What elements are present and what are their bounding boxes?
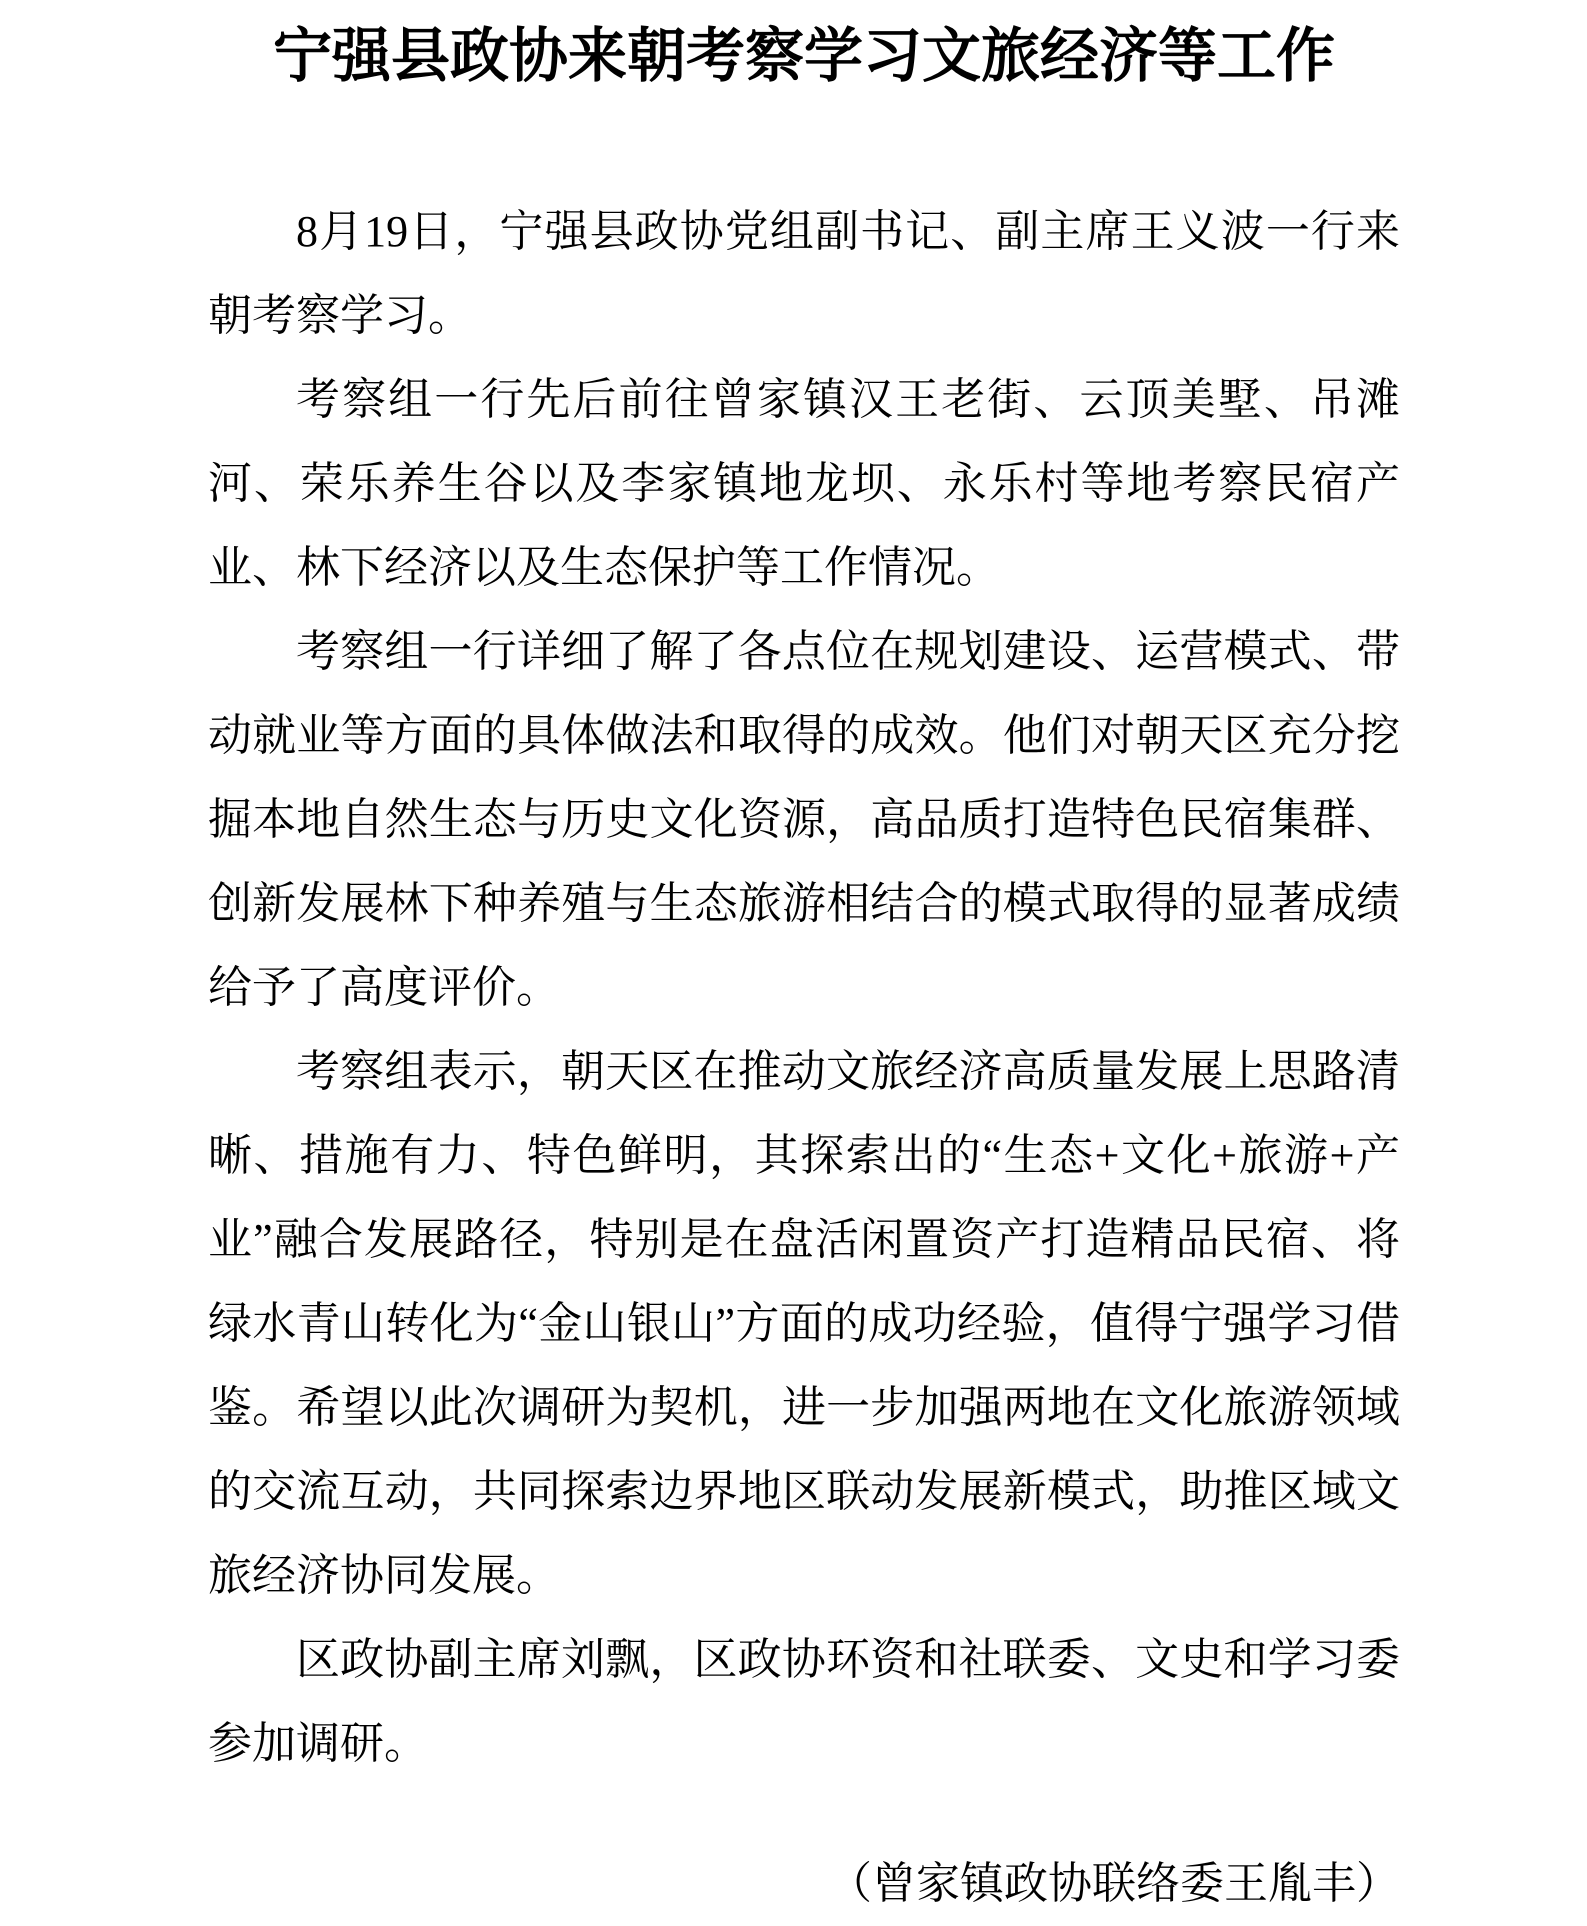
paragraph-1: 8月19日，宁强县政协党组副书记、副主席王义波一行来朝考察学习。 xyxy=(208,190,1400,358)
paragraph-5: 区政协副主席刘飘，区政协环资和社联委、文史和学习委参加调研。 xyxy=(208,1618,1400,1786)
byline: （曾家镇政协联络委王胤丰） xyxy=(208,1842,1400,1926)
document-body: 8月19日，宁强县政协党组副书记、副主席王义波一行来朝考察学习。 考察组一行先后… xyxy=(208,190,1400,1926)
document-title: 宁强县政协来朝考察学习文旅经济等工作 xyxy=(208,14,1400,98)
paragraph-4: 考察组表示，朝天区在推动文旅经济高质量发展上思路清晰、措施有力、特色鲜明，其探索… xyxy=(208,1030,1400,1618)
paragraph-3: 考察组一行详细了解了各点位在规划建设、运营模式、带动就业等方面的具体做法和取得的… xyxy=(208,610,1400,1030)
document-page: 宁强县政协来朝考察学习文旅经济等工作 8月19日，宁强县政协党组副书记、副主席王… xyxy=(0,0,1587,1926)
paragraph-2: 考察组一行先后前往曾家镇汉王老街、云顶美墅、吊滩河、荣乐养生谷以及李家镇地龙坝、… xyxy=(208,358,1400,610)
